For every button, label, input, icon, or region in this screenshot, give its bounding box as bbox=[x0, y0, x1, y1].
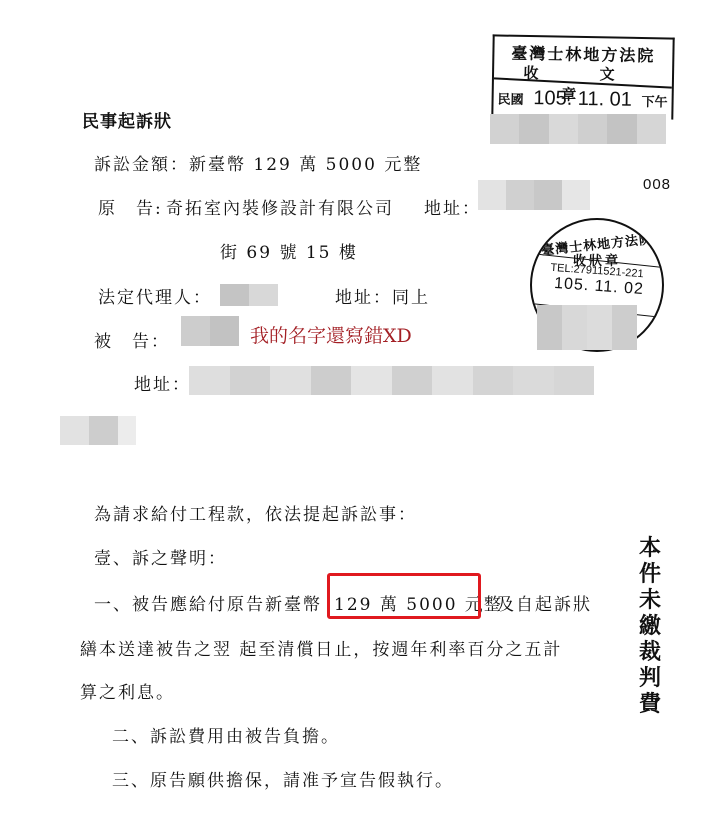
plaintiff-name: 奇拓室內裝修設計有限公司 bbox=[166, 194, 394, 219]
plaintiff-address-cont: 街 69 號 15 樓 bbox=[220, 238, 358, 263]
document-title: 民事起訴狀 bbox=[82, 107, 172, 132]
unpaid-fee-stamp: 本 件 未 繳 裁 判 費 bbox=[635, 535, 665, 717]
section-heading: 壹、訴之聲明： bbox=[94, 544, 227, 569]
item3-text: 三、原告願供擔保，請准予宣告假執行。 bbox=[112, 766, 454, 791]
page-mark: 008 bbox=[643, 176, 671, 193]
legal-rep-address: 地址：同上 bbox=[335, 283, 430, 308]
side-stamp-char: 本 bbox=[635, 535, 665, 561]
stamp-era: 民國 bbox=[497, 89, 523, 108]
redacted-block bbox=[181, 316, 239, 346]
item1-prefix: 一、被告應給付原告新臺幣 bbox=[94, 590, 322, 615]
defendant-address-label: 地址： bbox=[134, 370, 191, 395]
side-stamp-char: 裁 bbox=[635, 639, 665, 665]
side-stamp-char: 繳 bbox=[635, 613, 665, 639]
item2-text: 二、訴訟費用由被告負擔。 bbox=[112, 722, 340, 747]
side-stamp-char: 件 bbox=[635, 561, 665, 587]
received-stamp: 臺灣士林地方法院 收 文 章 民國 105. 11. 01 下午 bbox=[491, 34, 674, 119]
item1-line2: 繕本送達被告之翌 起至清償日止，按週年利率百分之五計 bbox=[80, 635, 562, 660]
item1-suffix: ，及自起訴狀 bbox=[478, 590, 592, 615]
legal-rep-label: 法定代理人： bbox=[98, 283, 212, 308]
annotation-note: 我的名字還寫錯XD bbox=[250, 321, 412, 348]
redacted-block bbox=[60, 416, 136, 445]
side-stamp-char: 判 bbox=[635, 665, 665, 691]
redacted-block bbox=[478, 180, 590, 210]
side-stamp-char: 未 bbox=[635, 587, 665, 613]
redacted-block bbox=[189, 366, 594, 395]
amount-highlight-box bbox=[327, 573, 481, 619]
side-stamp-char: 費 bbox=[635, 691, 665, 717]
plaintiff-label: 原 告: bbox=[98, 194, 163, 219]
intro-text: 為請求給付工程款，依法提起訴訟事： bbox=[94, 500, 417, 525]
stamp-date: 105. 11. 01 bbox=[533, 87, 632, 112]
stamp-period: 下午 bbox=[641, 91, 667, 110]
redacted-block bbox=[490, 114, 666, 144]
redacted-block bbox=[220, 284, 278, 306]
plaintiff-address-label: 地址： bbox=[424, 194, 481, 219]
defendant-label: 被 告： bbox=[94, 327, 170, 352]
item1-line3: 算之利息。 bbox=[80, 678, 175, 703]
claim-amount: 訴訟金額：新臺幣 129 萬 5000 元整 bbox=[94, 150, 422, 175]
redacted-block bbox=[537, 305, 637, 350]
